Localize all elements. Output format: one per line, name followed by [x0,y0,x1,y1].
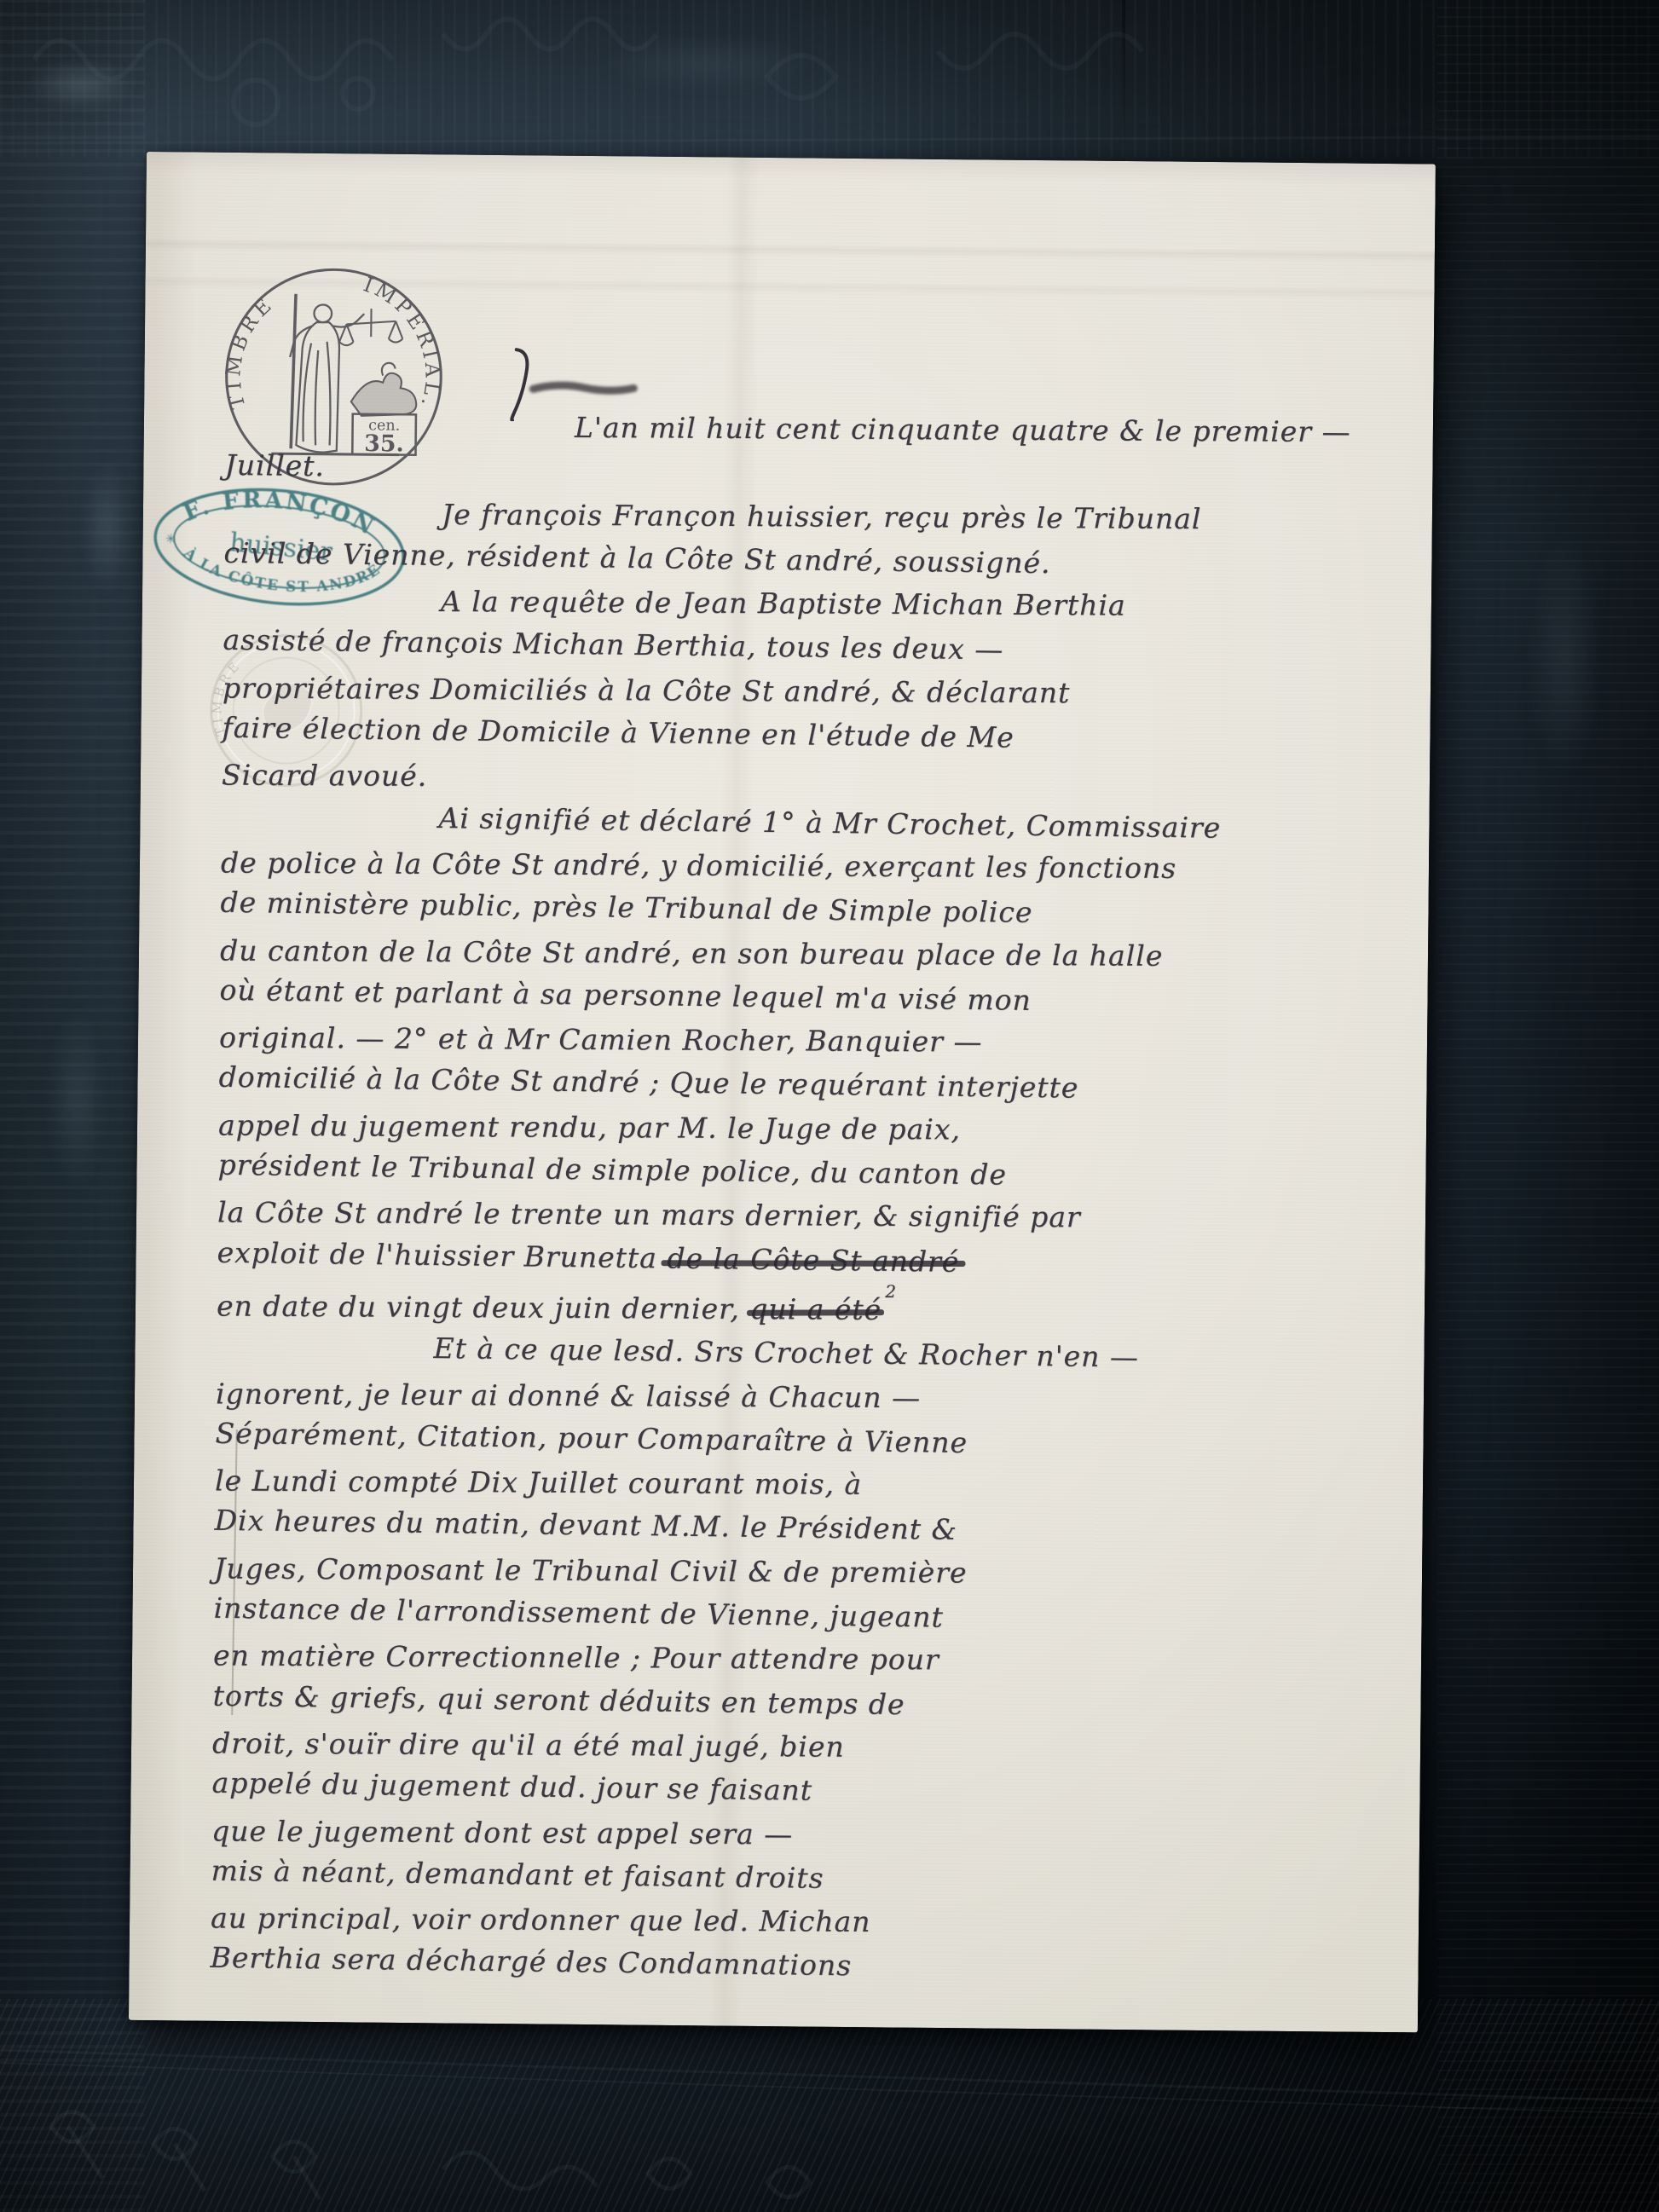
leather-scuff [597,34,818,94]
document-paper: cen. 35. TIMBRE IMPERIAL. F. FRANÇON hui… [129,152,1436,2032]
leather-scuff [26,60,136,111]
leather-ornament-top [0,0,1659,158]
huissier-stamp-star: ✳ [165,531,176,547]
leather-scuff [81,460,132,597]
manuscript-text: L'an mil huit cent cinquante quatre & le… [210,401,1376,1993]
struck-words: de la Côte St andré [667,1241,959,1278]
leather-frame-right [1437,0,1659,2212]
insertion-mark: 2 [885,1281,897,1302]
manuscript-line-text: en date du vingt deux juin dernier, [217,1289,749,1325]
struck-words: qui a été [749,1292,882,1326]
photograph: cen. 35. TIMBRE IMPERIAL. F. FRANÇON hui… [0,0,1659,2212]
manuscript-line-text: exploit de l'huissier Brunetta [217,1235,667,1274]
leather-scuff [1526,528,1603,784]
leather-scuff [47,1006,107,1193]
